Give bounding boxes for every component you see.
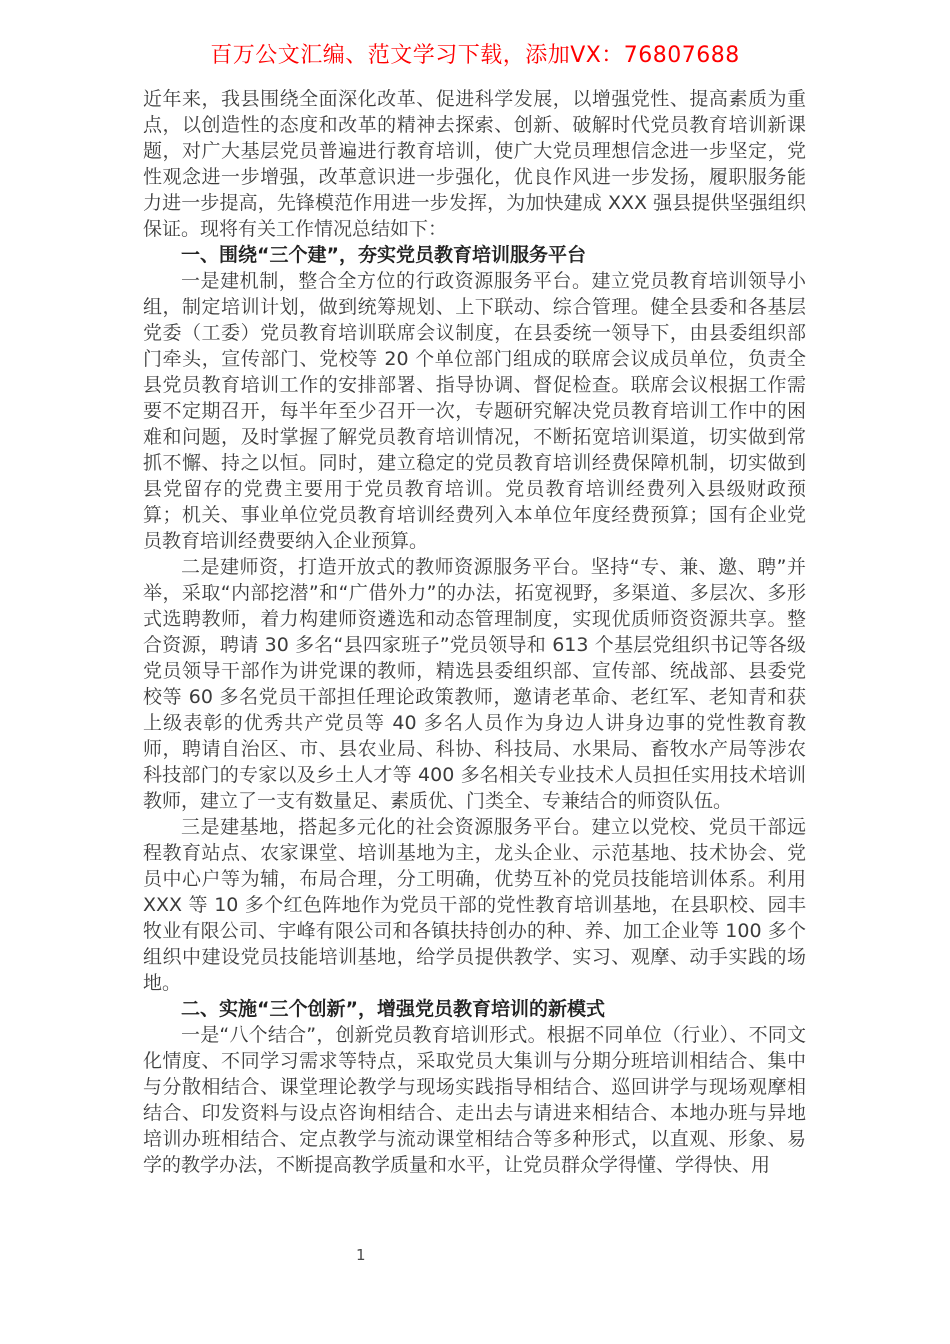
intro-paragraph: 近年来，我县围绕全面深化改革、促进科学发展，以增强党性、提高素质为重点，以创造性… — [143, 86, 806, 242]
section-2-heading: 二、实施“三个创新”，增强党员教育培训的新模式 — [143, 996, 806, 1022]
section-1-point-2-paragraph: 二是建师资，打造开放式的教师资源服务平台。坚持“专、兼、邀、聘”并举，采取“内部… — [143, 554, 806, 814]
document-body: 近年来，我县围绕全面深化改革、促进科学发展，以增强党性、提高素质为重点，以创造性… — [143, 86, 806, 1178]
section-2-point-1-paragraph: 一是“八个结合”，创新党员教育培训形式。根据不同单位（行业）、不同文化情度、不同… — [143, 1022, 806, 1178]
page-number: 1 — [356, 1246, 366, 1264]
section-1-point-3-paragraph: 三是建基地，搭起多元化的社会资源服务平台。建立以党校、党员干部远程教育站点、农家… — [143, 814, 806, 996]
section-1-point-1-paragraph: 一是建机制，整合全方位的行政资源服务平台。建立党员教育培训领导小组，制定培训计划… — [143, 268, 806, 554]
promo-banner: 百万公文汇编、范文学习下载，添加VX：76807688 — [0, 42, 950, 70]
section-1-heading: 一、围绕“三个建”，夯实党员教育培训服务平台 — [143, 242, 806, 268]
document-page: 百万公文汇编、范文学习下载，添加VX：76807688 近年来，我县围绕全面深化… — [0, 0, 950, 1344]
